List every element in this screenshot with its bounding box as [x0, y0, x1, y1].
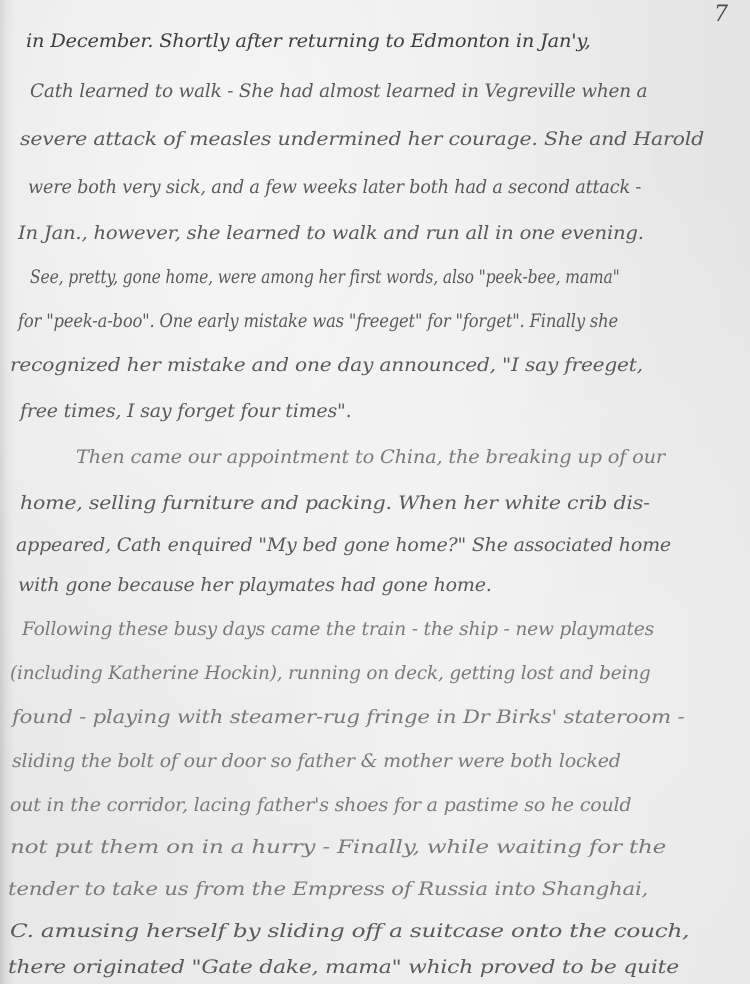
text-line: Cath learned to walk - She had almost le… — [30, 80, 647, 102]
text-line: In Jan., however, she learned to walk an… — [18, 222, 644, 244]
text-line: free times, I say forget four times". — [20, 400, 351, 422]
text-line: Then came our appointment to China, the … — [76, 446, 665, 468]
text-line: there originated "Gate dake, mama" which… — [8, 956, 679, 978]
text-line: sliding the bolt of our door so father &… — [12, 750, 621, 772]
text-line: in December. Shortly after returning to … — [26, 30, 591, 52]
text-line: for "peek-a-boo". One early mistake was … — [18, 310, 618, 332]
text-line: out in the corridor, lacing father's sho… — [10, 794, 631, 816]
text-line: tender to take us from the Empress of Ru… — [8, 878, 648, 900]
text-line: with gone because her playmates had gone… — [18, 574, 492, 596]
text-line: not put them on in a hurry - Finally, wh… — [10, 836, 666, 858]
text-line: were both very sick, and a few weeks lat… — [28, 176, 641, 198]
text-line: appeared, Cath enquired "My bed gone hom… — [16, 534, 671, 556]
text-line: severe attack of measles undermined her … — [20, 128, 704, 150]
text-line: recognized her mistake and one day annou… — [10, 354, 643, 376]
text-line: Following these busy days came the train… — [22, 618, 654, 640]
manuscript-page: 7 in December. Shortly after returning t… — [0, 0, 750, 984]
text-line: C. amusing herself by sliding off a suit… — [10, 920, 689, 942]
text-line: found - playing with steamer-rug fringe … — [12, 706, 684, 728]
text-line: See, pretty, gone home, were among her f… — [30, 266, 620, 288]
text-line: (including Katherine Hockin), running on… — [10, 662, 650, 684]
page-number: 7 — [714, 2, 728, 27]
text-line: home, selling furniture and packing. Whe… — [20, 492, 650, 514]
